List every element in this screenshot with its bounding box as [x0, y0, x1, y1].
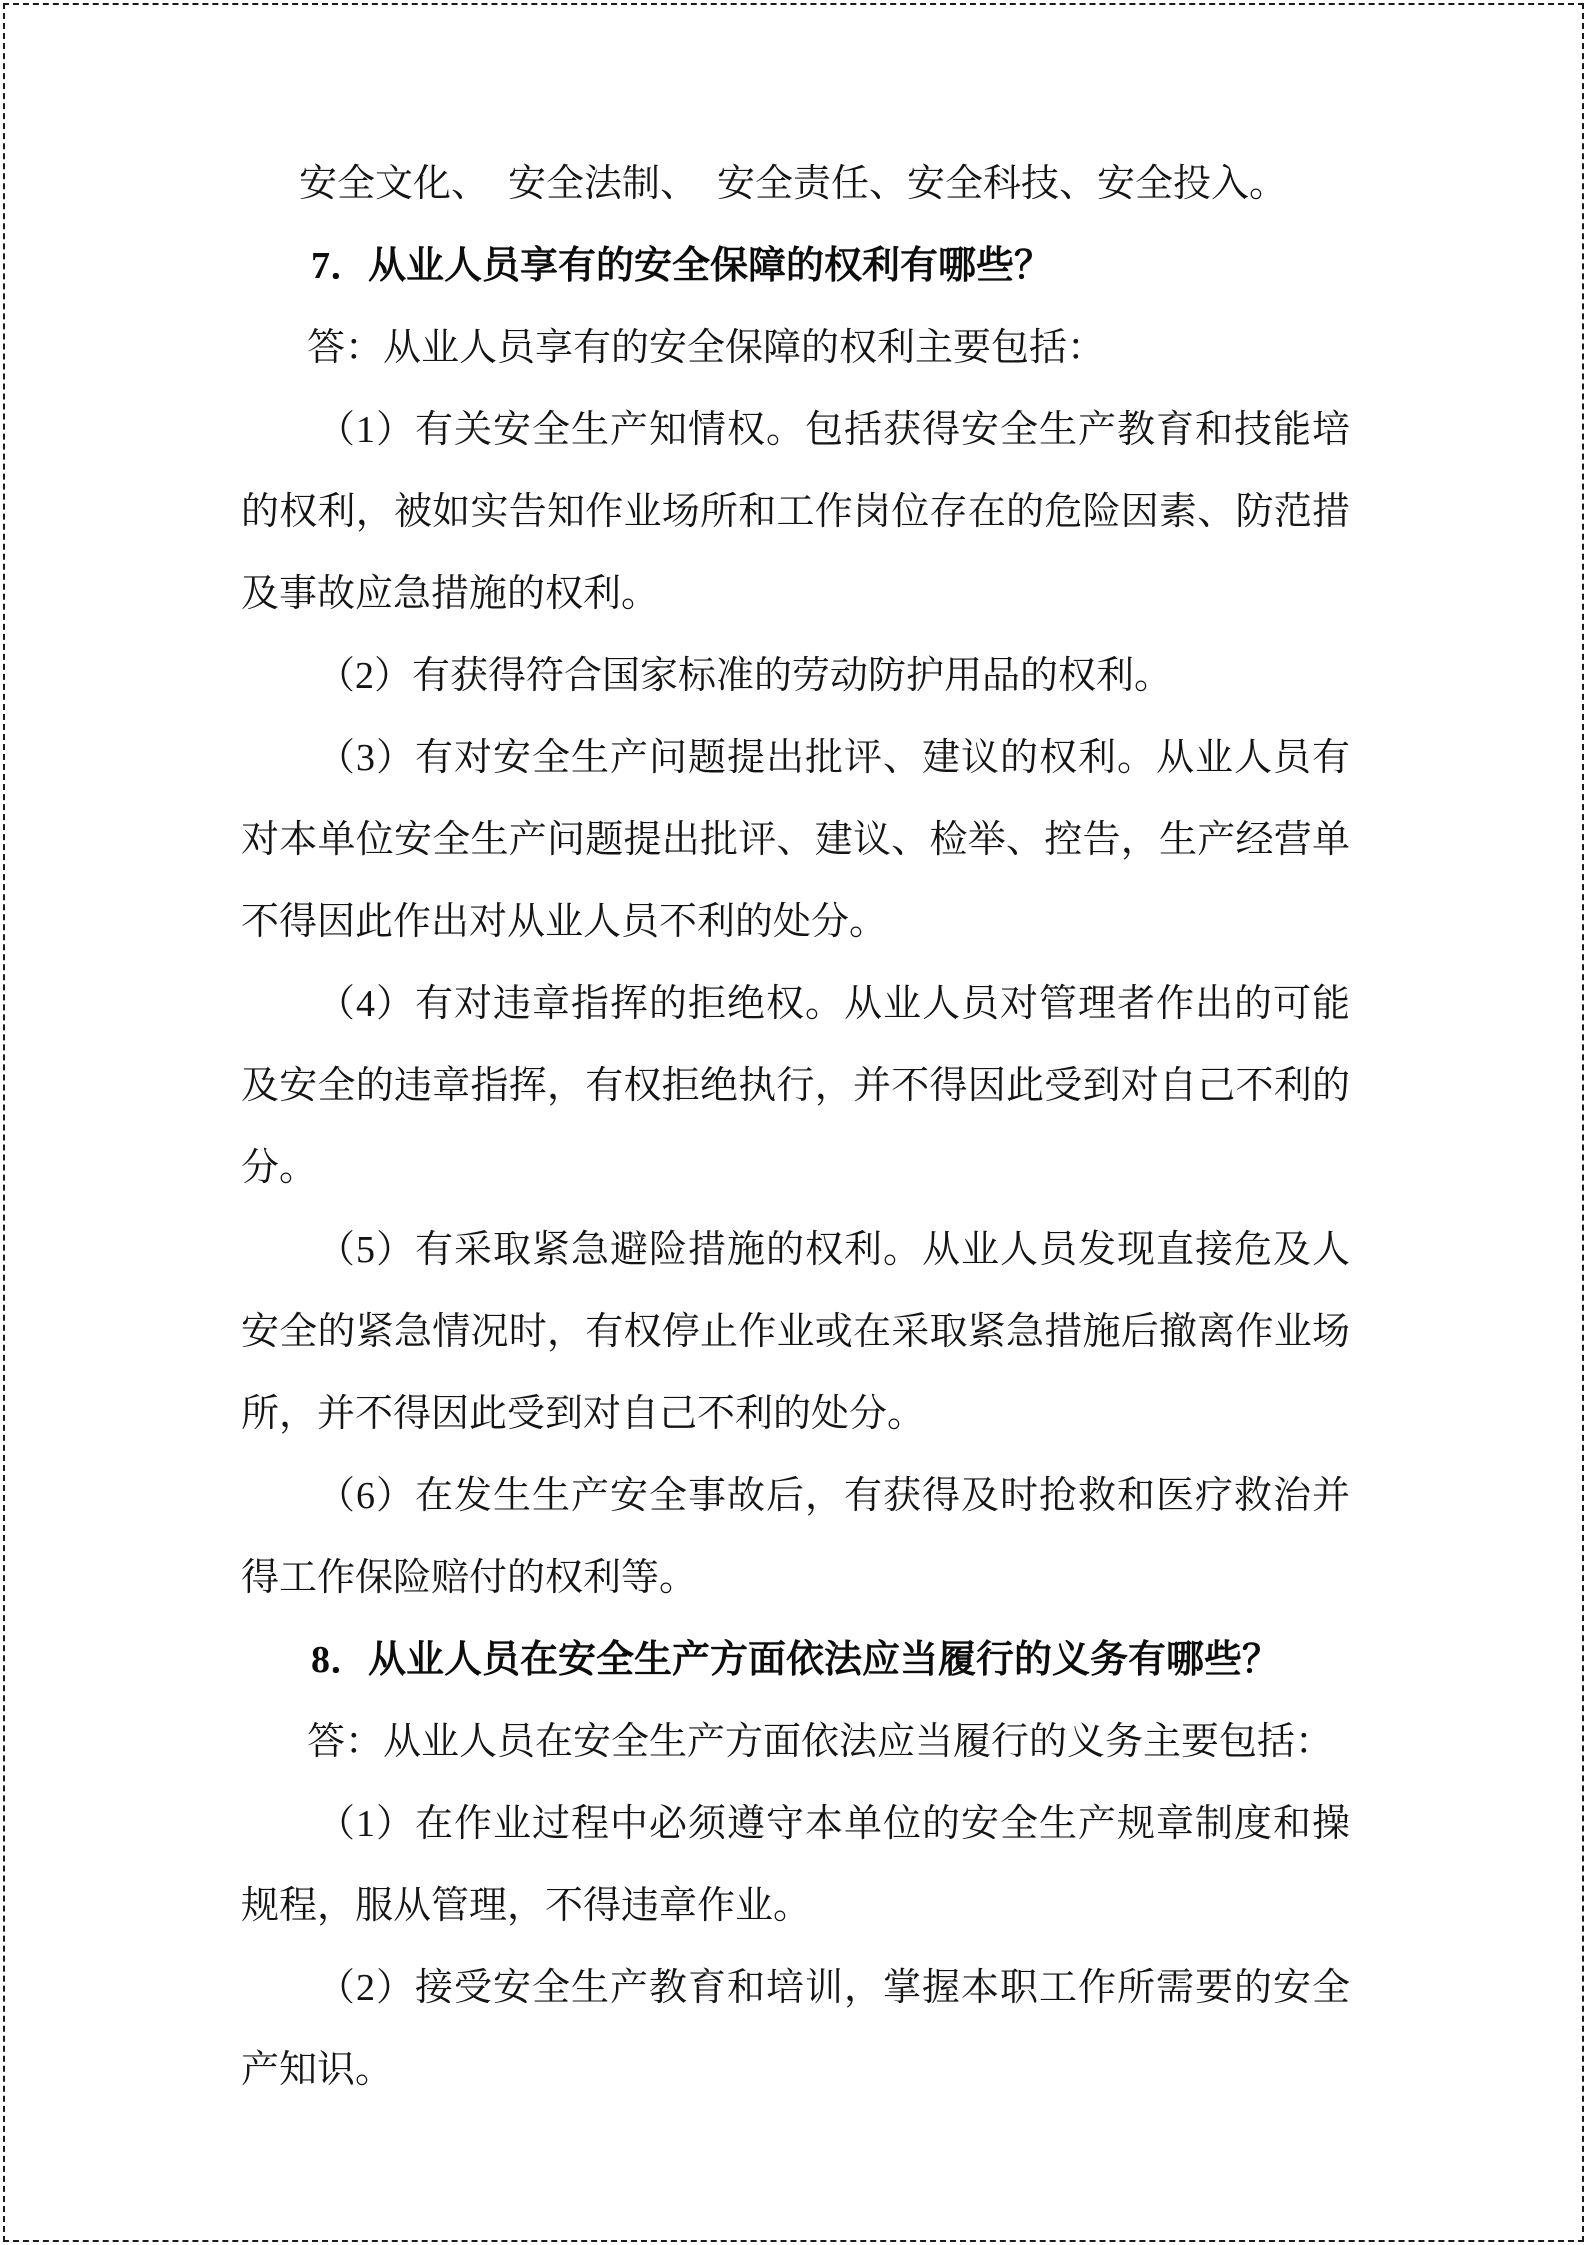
- right-2-line-1: （2）有获得符合国家标准的劳动防护用品的权利。: [241, 635, 1350, 717]
- right-5-line-2: 安全的紧急情况时，有权停止作业或在采取紧急措施后撤离作业场: [241, 1291, 1350, 1373]
- document-page: 安全文化、 安全法制、 安全责任、安全科技、安全投入。7．从业人员享有的安全保障…: [0, 0, 1587, 2245]
- right-5-line-3: 所，并不得因此受到对自己不利的处分。: [241, 1373, 1350, 1455]
- right-4-line-3: 分。: [241, 1127, 1350, 1209]
- question-8-heading: 8．从业人员在安全生产方面依法应当履行的义务有哪些？: [241, 1619, 1350, 1701]
- right-3-line-2: 对本单位安全生产问题提出批评、建议、检举、控告，生产经营单位: [241, 799, 1350, 881]
- right-4-line-1: （4）有对违章指挥的拒绝权。从业人员对管理者作出的可能危: [241, 963, 1350, 1045]
- right-1-line-1: （1）有关安全生产知情权。包括获得安全生产教育和技能培训: [241, 389, 1350, 471]
- right-3-line-1: （3）有对安全生产问题提出批评、建议的权利。从业人员有权: [241, 717, 1350, 799]
- right-6-line-2: 得工作保险赔付的权利等。: [241, 1537, 1350, 1619]
- right-1-line-2: 的权利，被如实告知作业场所和工作岗位存在的危险因素、防范措施: [241, 471, 1350, 553]
- answer-8-intro-line: 答：从业人员在安全生产方面依法应当履行的义务主要包括：: [241, 1701, 1350, 1783]
- duty-2-line-1: （2）接受安全生产教育和培训，掌握本职工作所需要的安全生: [241, 1947, 1350, 2029]
- duty-1-line-1: （1）在作业过程中必须遵守本单位的安全生产规章制度和操作: [241, 1783, 1350, 1865]
- right-5-line-1: （5）有采取紧急避险措施的权利。从业人员发现直接危及人身: [241, 1209, 1350, 1291]
- right-6-line-1: （6）在发生生产安全事故后，有获得及时抢救和医疗救治并获: [241, 1455, 1350, 1537]
- document-content: 安全文化、 安全法制、 安全责任、安全科技、安全投入。7．从业人员享有的安全保障…: [241, 143, 1350, 2111]
- right-4-line-2: 及安全的违章指挥，有权拒绝执行，并不得因此受到对自己不利的处: [241, 1045, 1350, 1127]
- right-3-line-3: 不得因此作出对从业人员不利的处分。: [241, 881, 1350, 963]
- question-7-heading: 7．从业人员享有的安全保障的权利有哪些？: [241, 225, 1350, 307]
- duty-2-line-2: 产知识。: [241, 2029, 1350, 2111]
- continued-list-line: 安全文化、 安全法制、 安全责任、安全科技、安全投入。: [241, 143, 1350, 225]
- right-1-line-3: 及事故应急措施的权利。: [241, 553, 1350, 635]
- answer-7-intro-line: 答：从业人员享有的安全保障的权利主要包括：: [241, 307, 1350, 389]
- duty-1-line-2: 规程，服从管理，不得违章作业。: [241, 1865, 1350, 1947]
